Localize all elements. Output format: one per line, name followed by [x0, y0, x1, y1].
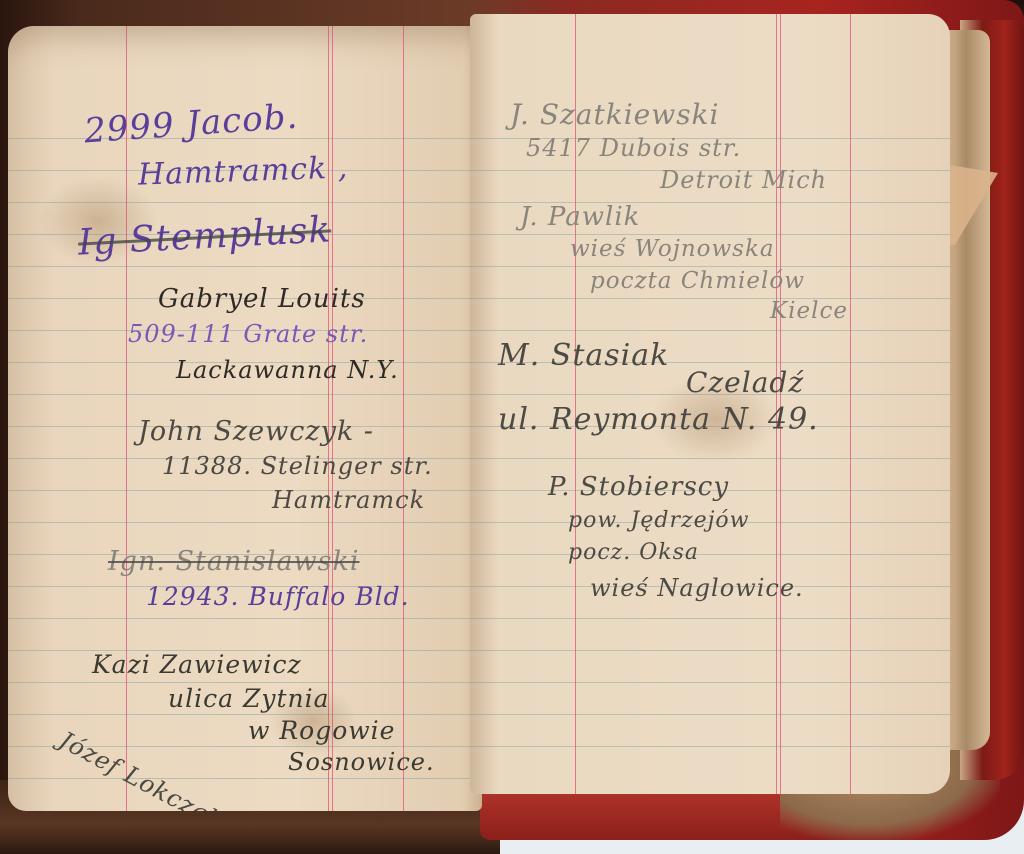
handwriting: pocz. Oksa: [568, 540, 699, 565]
rule-line: [8, 714, 482, 715]
handwriting: Hamtramck ,: [137, 150, 348, 192]
handwriting: poczta Chmielów: [590, 268, 805, 294]
handwriting: wieś Naglowice.: [590, 574, 804, 602]
rule-line: [470, 234, 950, 235]
handwriting: ulica Zytnia: [168, 684, 330, 713]
margin-line: [403, 26, 404, 811]
handwriting: 11388. Stelinger str.: [162, 452, 433, 480]
handwriting: Hamtramck: [272, 486, 425, 514]
rule-line: [470, 618, 950, 619]
handwriting: 12943. Buffalo Bld.: [146, 582, 410, 611]
handwriting: J. Pawlik: [520, 202, 640, 232]
handwriting: w Rogowie: [248, 716, 395, 745]
handwriting-diagonal: Józef Lokczak: [55, 726, 227, 811]
handwriting: 509-111 Grate str.: [128, 320, 368, 348]
handwriting: Detroit Mich: [660, 166, 827, 194]
handwriting: John Szewczyk -: [138, 416, 374, 447]
rule-line: [470, 650, 950, 651]
rule-line: [8, 618, 482, 619]
handwriting-struck: Ign. Stanislawski: [108, 546, 360, 577]
right-page: J. Szatkiewski 5417 Dubois str. Detroit …: [470, 14, 950, 794]
handwriting: pow. Jędrzejów: [568, 508, 749, 533]
rule-line: [8, 682, 482, 683]
left-page: 2999 Jacob. Hamtramck , Ig Stemplusk Gab…: [8, 26, 482, 811]
handwriting: ul. Reymonta N. 49.: [498, 402, 819, 437]
handwriting: Lackawanna N.Y.: [176, 356, 399, 384]
rule-line: [470, 554, 950, 555]
rule-line: [8, 522, 482, 523]
handwriting: M. Stasiak: [498, 338, 669, 373]
notebook-photo: 2999 Jacob. Hamtramck , Ig Stemplusk Gab…: [0, 0, 1024, 854]
rule-line: [470, 266, 950, 267]
handwriting: Kielce: [770, 298, 848, 324]
rule-line: [470, 298, 950, 299]
handwriting: P. Stobierscy: [548, 472, 729, 502]
handwriting: Czeladź: [686, 366, 804, 399]
rule-line: [470, 714, 950, 715]
handwriting: 2999 Jacob.: [83, 97, 300, 152]
margin-line: [850, 14, 851, 794]
handwriting: 5417 Dubois str.: [526, 134, 741, 162]
rule-line: [8, 394, 482, 395]
handwriting: Kazi Zawiewicz: [92, 650, 302, 679]
handwriting: Sosnowice.: [288, 748, 435, 776]
rule-line: [470, 330, 950, 331]
rule-line: [470, 682, 950, 683]
handwriting: wieś Wojnowska: [570, 236, 775, 262]
handwriting: Gabryel Louits: [158, 284, 366, 314]
rule-line: [470, 746, 950, 747]
handwriting: J. Szatkiewski: [510, 98, 719, 131]
rule-line: [8, 778, 482, 779]
rule-line: [8, 266, 482, 267]
